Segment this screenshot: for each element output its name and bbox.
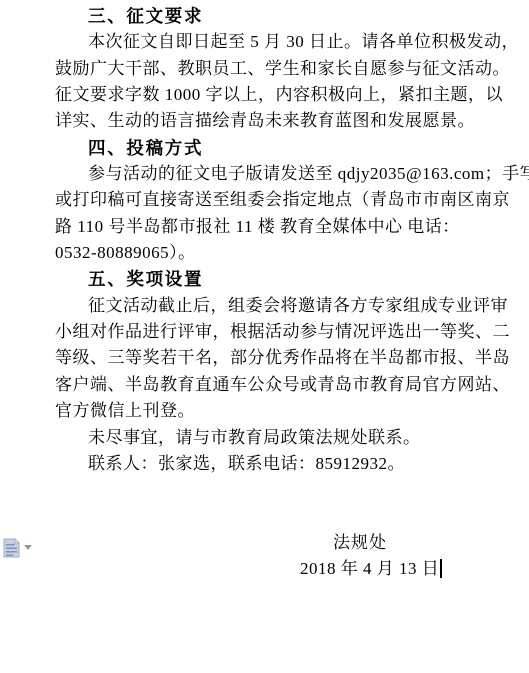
paste-options-button[interactable] <box>2 537 34 561</box>
signature-line: 法规处 <box>55 530 485 556</box>
date-text: 2018 年 4 月 13 日 <box>300 559 439 578</box>
text-line: 征文活动截止后，组委会将邀请各方专家组成专业评审 <box>55 293 485 319</box>
text-line: 鼓励广大干部、教职员工、学生和家长自愿参与征文活动。 <box>55 56 485 82</box>
text-line: 路 110 号半岛都市报社 11 楼 教育全媒体中心 电话： <box>55 214 485 240</box>
section-heading-awards: 五、奖项设置 <box>55 266 485 292</box>
date-line: 2018 年 4 月 13 日 <box>55 556 485 582</box>
section-heading-submission: 四、投稿方式 <box>55 135 485 161</box>
text-line: 等级、三等奖若干名，部分优秀作品将在半岛都市报、半岛 <box>55 345 485 371</box>
text-line: 或打印稿可直接寄送至组委会指定地点（青岛市市南区南京 <box>55 187 485 213</box>
document-icon <box>2 537 21 564</box>
document-text-block: 三、征文要求 本次征文自即日起至 5 月 30 日止。请各单位积极发动， 鼓励广… <box>55 3 485 583</box>
text-line: 小组对作品进行评审，根据活动参与情况评选出一等奖、二 <box>55 319 485 345</box>
contact-line: 联系人：张家选，联系电话：85912932。 <box>55 451 485 477</box>
text-line: 征文要求字数 1000 字以上，内容积极向上，紧扣主题，以 <box>55 82 485 108</box>
text-cursor <box>440 559 442 578</box>
chevron-down-icon <box>24 545 32 550</box>
text-line: 客户端、半岛教育直通车公众号或青岛市教育局官方网站、 <box>55 372 485 398</box>
section-heading-requirements: 三、征文要求 <box>55 3 485 29</box>
blank-line <box>55 477 485 503</box>
text-line: 未尽事宜，请与市教育局政策法规处联系。 <box>55 425 485 451</box>
text-line: 详实、生动的语言描绘青岛未来教育蓝图和发展愿景。 <box>55 108 485 134</box>
text-line: 官方微信上刊登。 <box>55 398 485 424</box>
text-line: 参与活动的征文电子版请发送至 qdjy2035@163.com；手写稿 <box>55 161 485 187</box>
blank-line <box>55 504 485 530</box>
document-page[interactable]: 三、征文要求 本次征文自即日起至 5 月 30 日止。请各单位积极发动， 鼓励广… <box>0 0 529 673</box>
text-line: 0532-80889065）。 <box>55 240 485 266</box>
text-line: 本次征文自即日起至 5 月 30 日止。请各单位积极发动， <box>55 29 485 55</box>
